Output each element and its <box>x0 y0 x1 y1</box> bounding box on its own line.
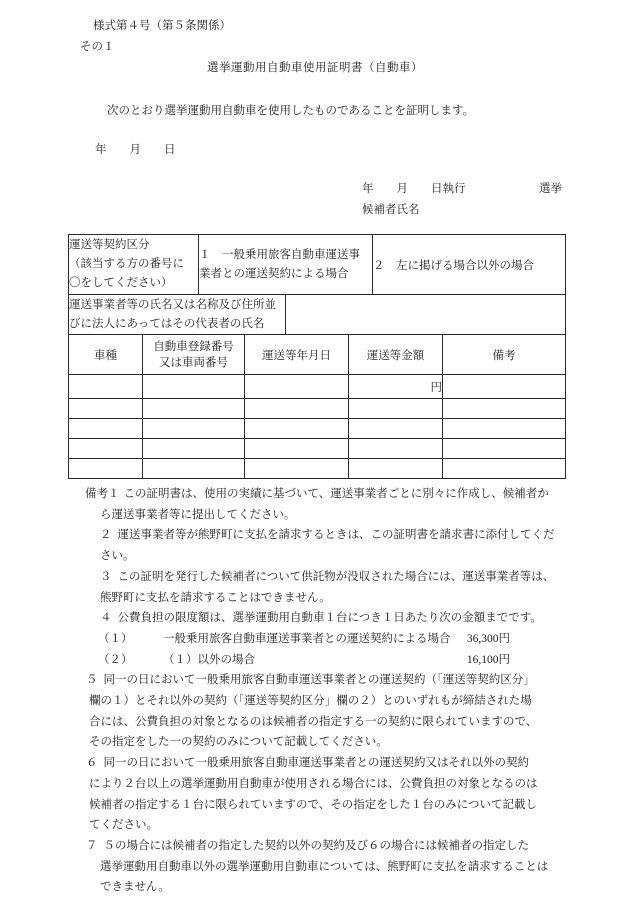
subitem-marker: （２） <box>98 650 163 671</box>
note-line: ら運送事業者等に提出してください。 <box>0 505 630 526</box>
contract-type-label-line: 運送等契約区分 <box>69 236 198 255</box>
execution-date-line: 年 月 日執行 <box>362 179 466 200</box>
registration-header-line: 自動車登録番号 <box>143 339 244 355</box>
contract-option1-line: １ 一般乗用旅客自動車運送事 <box>199 246 372 265</box>
column-header-transport-amount: 運送等金額 <box>349 335 443 375</box>
remarks-cell <box>443 459 566 479</box>
table-row <box>69 399 566 419</box>
registration-cell <box>143 399 245 419</box>
note-marker: ４ <box>100 608 112 629</box>
note-marker: ６ <box>86 753 98 774</box>
column-header-transport-date: 運送等年月日 <box>245 335 349 375</box>
registration-cell <box>143 375 245 399</box>
note-line: 同一の日において一般乗用旅客自動車運送事業者との運送契約又はそれ以外の契約 <box>104 757 530 769</box>
vehicle-type-cell <box>69 399 143 419</box>
contract-type-label-line: （該当する方の番号に <box>69 255 198 274</box>
transport-amount-cell <box>349 459 443 479</box>
note-marker: ２ <box>100 525 112 546</box>
vehicle-type-cell <box>69 419 143 439</box>
note-line: 同一の日において一般乗用旅客自動車運送事業者との運送契約（「運送等契約区分」 <box>104 674 535 686</box>
yen-unit-label: 円 <box>431 382 443 394</box>
table-row: 円 <box>69 375 566 399</box>
contract-type-label-cell: 運送等契約区分 （該当する方の番号に 〇をしてください） <box>69 235 199 295</box>
subitem-text: （１）以外の場合 <box>163 650 467 671</box>
operator-name-label-line: 運送事業者等の氏名又は名称及び住所並 <box>69 296 285 315</box>
transport-date-cell <box>245 459 349 479</box>
note-item: ６同一の日において一般乗用旅客自動車運送事業者との運送契約又はそれ以外の契約 に… <box>0 753 630 836</box>
note-line: 候補者の指定する１台に限られていますので、その指定をした１台のみについて記載し <box>0 795 630 816</box>
note-line: この証明を発行した候補者について供託物が没収された場合には、運送事業者等は、 <box>118 571 555 583</box>
document-title: 選挙運動用自動車使用証明書（自動車） <box>0 58 630 79</box>
note-line: 合には、公費負担の対象となるのは候補者の指定する一の契約に限られていますので、 <box>0 712 630 733</box>
note-item: ７５の場合には候補者の指定した契約以外の契約及び６の場合には候補者の指定した 選… <box>0 836 630 898</box>
registration-cell <box>143 439 245 459</box>
note-line: 公費負担の限度額は、選挙運動用自動車１台につき１日あたり次の金額までです。 <box>118 612 542 624</box>
subitem-amount: 16,100円 <box>467 650 510 671</box>
note-line: 選挙運動用自動車以外の選挙運動用自動車については、熊野町に支払を請求することは <box>0 857 630 878</box>
table-row <box>69 459 566 479</box>
operator-name-value-cell <box>286 295 566 335</box>
transport-date-cell <box>245 419 349 439</box>
contract-type-label-line: 〇をしてください） <box>69 274 198 293</box>
operator-name-label-cell: 運送事業者等の氏名又は名称及び住所並 びに法人にあってはその代表者の氏名 <box>69 295 286 335</box>
form-number-label: 様式第４号（第５条関係） <box>93 16 630 37</box>
note-marker: ７ <box>86 836 98 857</box>
contract-option1-cell: １ 一般乗用旅客自動車運送事 業者との運送契約による場合 <box>199 235 373 295</box>
table-row <box>69 419 566 439</box>
table-row <box>69 439 566 459</box>
registration-header-line: 又は車両番号 <box>143 355 244 371</box>
note-item: ５同一の日において一般乗用旅客自動車運送事業者との運送契約（「運送等契約区分」 … <box>0 670 630 753</box>
transport-date-cell <box>245 399 349 419</box>
column-header-vehicle-type: 車種 <box>69 335 143 375</box>
election-label: 選挙 <box>539 179 562 200</box>
document-page: 様式第４号（第５条関係） その１ 選挙運動用自動車使用証明書（自動車） 次のとお… <box>0 0 630 903</box>
execution-date-row: 年 月 日執行 選挙 <box>362 179 562 200</box>
note-line: ５の場合には候補者の指定した契約以外の契約及び６の場合には候補者の指定した <box>104 840 530 852</box>
transport-date-cell <box>245 439 349 459</box>
candidate-name-label: 候補者氏名 <box>362 200 630 221</box>
issue-date-line: 年 月 日 <box>95 140 630 161</box>
contract-option1-line: 業者との運送契約による場合 <box>199 265 372 284</box>
remarks-cell <box>443 375 566 399</box>
note-line: 熊野町に支払を請求することはできません。 <box>0 588 630 609</box>
column-header-registration: 自動車登録番号 又は車両番号 <box>143 335 245 375</box>
vehicle-type-cell <box>69 439 143 459</box>
note-line: さい。 <box>0 546 630 567</box>
note-line: により２台以上の選挙運動用自動車が使用される場合には、公費負担の対象となるのは <box>0 774 630 795</box>
note-line: できません。 <box>0 877 630 898</box>
note-marker: 備考１ <box>85 484 120 505</box>
notes-section: 備考１この証明書は、使用の実績に基づいて、運送事業者ごとに別々に作成し、候補者か… <box>0 484 630 898</box>
vehicle-type-cell <box>69 459 143 479</box>
note-marker: ３ <box>100 567 112 588</box>
note-line: その指定をした一の契約のみについて記載してください。 <box>0 732 630 753</box>
note-item: 備考１この証明書は、使用の実績に基づいて、運送事業者ごとに別々に作成し、候補者か… <box>0 484 630 525</box>
note-item: ２運送事業者等が熊野町に支払を請求するときは、この証明書を請求書に添付してくだ … <box>0 525 630 566</box>
subitem-marker: （１） <box>98 629 163 650</box>
transport-amount-cell <box>349 439 443 459</box>
vehicle-type-cell <box>69 375 143 399</box>
registration-cell <box>143 419 245 439</box>
note-subitem: （２）（１）以外の場合16,100円 <box>98 650 510 671</box>
note-item: ４公費負担の限度額は、選挙運動用自動車１台につき１日あたり次の金額までです。 （… <box>0 608 630 670</box>
subitem-amount: 36,300円 <box>467 629 510 650</box>
contract-option2-cell: ２ 左に掲げる場合以外の場合 <box>373 235 566 295</box>
declaration-text: 次のとおり選挙運動用自動車を使用したものであることを証明します。 <box>107 101 630 122</box>
registration-cell <box>143 459 245 479</box>
transport-amount-cell: 円 <box>349 375 443 399</box>
note-line: 運送事業者等が熊野町に支払を請求するときは、この証明書を請求書に添付してくだ <box>118 529 555 541</box>
remarks-cell <box>443 399 566 419</box>
note-marker: ５ <box>86 670 98 691</box>
column-header-row: 車種 自動車登録番号 又は車両番号 運送等年月日 運送等金額 備考 <box>69 335 566 375</box>
note-line: てください。 <box>0 815 630 836</box>
form-subnumber-label: その１ <box>80 37 630 58</box>
column-header-remarks: 備考 <box>443 335 566 375</box>
operator-name-row: 運送事業者等の氏名又は名称及び住所並 びに法人にあってはその代表者の氏名 <box>69 295 566 335</box>
remarks-cell <box>443 419 566 439</box>
note-line: 欄の１）とそれ以外の契約（「運送等契約区分」欄の２）とのいずれもが締結された場 <box>0 691 630 712</box>
operator-name-label-line: びに法人にあってはその代表者の氏名 <box>69 315 285 334</box>
note-line: この証明書は、使用の実績に基づいて、運送事業者ごとに別々に作成し、候補者か <box>124 488 549 500</box>
subitem-text: 一般乗用旅客自動車運送事業者との運送契約による場合 <box>163 629 467 650</box>
transport-amount-cell <box>349 399 443 419</box>
transport-date-cell <box>245 375 349 399</box>
note-item: ３この証明を発行した候補者について供託物が没収された場合には、運送事業者等は、 … <box>0 567 630 608</box>
usage-certificate-table: 運送等契約区分 （該当する方の番号に 〇をしてください） １ 一般乗用旅客自動車… <box>68 234 566 479</box>
note-subitem: （１）一般乗用旅客自動車運送事業者との運送契約による場合36,300円 <box>98 629 510 650</box>
remarks-cell <box>443 439 566 459</box>
contract-type-row: 運送等契約区分 （該当する方の番号に 〇をしてください） １ 一般乗用旅客自動車… <box>69 235 566 295</box>
transport-amount-cell <box>349 419 443 439</box>
